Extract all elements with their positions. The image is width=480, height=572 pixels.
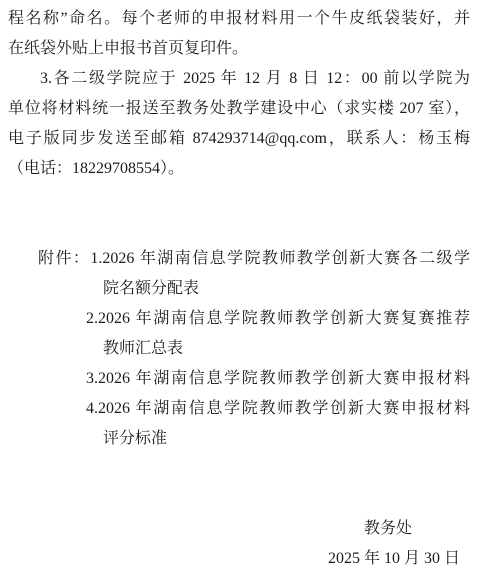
- spacer: [8, 484, 470, 514]
- attachment-item-4: 4.2026 年湖南信息学院教师教学创新大赛申报材料: [8, 394, 470, 424]
- attachments-line: 附件：1.2026 年湖南信息学院教师教学创新大赛各二级学: [8, 244, 470, 274]
- attachment-item-2: 2.2026 年湖南信息学院教师教学创新大赛复赛推荐: [8, 304, 470, 334]
- body-line: 程名称”命名。每个老师的申报材料用一个牛皮纸袋装好，并: [8, 4, 470, 34]
- attachment-item-1: 1.2026 年湖南信息学院教师教学创新大赛各二级学: [90, 250, 470, 267]
- body-line: 3.各二级学院应于 2025 年 12 月 8 日 12：00 前以学院为: [8, 64, 470, 94]
- attachment-item-1-cont: 院名额分配表: [8, 274, 470, 304]
- body-line: 电子版同步发送至邮箱 874293714@qq.com，联系人：杨玉梅: [8, 124, 470, 154]
- spacer: [8, 454, 470, 484]
- signature-department: 教务处: [8, 514, 470, 544]
- attachment-item-4-cont: 评分标准: [8, 424, 470, 454]
- body-line: 在纸袋外贴上申报书首页复印件。: [8, 34, 470, 64]
- spacer: [8, 184, 470, 214]
- signature-date: 2025 年 10 月 30 日: [8, 544, 470, 572]
- body-line: （电话：18229708554）。: [8, 154, 470, 184]
- spacer: [8, 214, 470, 244]
- attachment-item-2-cont: 教师汇总表: [8, 334, 470, 364]
- body-line: 单位将材料统一报送至教务处教学建设中心（求实楼 207 室），: [8, 94, 470, 124]
- attachment-item-3: 3.2026 年湖南信息学院教师教学创新大赛申报材料: [8, 364, 470, 394]
- document-page: 程名称”命名。每个老师的申报材料用一个牛皮纸袋装好，并 在纸袋外贴上申报书首页复…: [0, 0, 480, 572]
- attachments-label: 附件：: [38, 250, 90, 267]
